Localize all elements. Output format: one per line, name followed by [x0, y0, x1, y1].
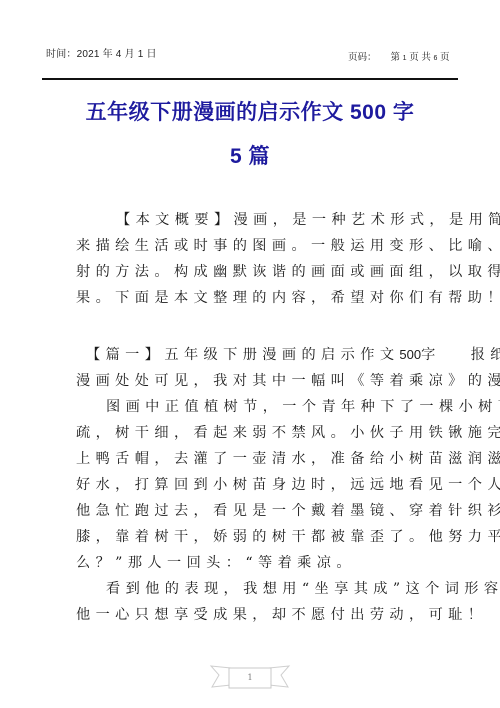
essay-heading-tail: 报纸、书本、网络、 — [471, 347, 500, 363]
header-page-info: 页码：第 1 页 共 6 页 — [348, 49, 450, 63]
page-current: 1 — [403, 55, 407, 62]
essay-line: 漫画处处可见，我对其中一幅叫《等着乘凉》的漫画印象颇深。 — [76, 368, 421, 394]
essay-line: 膝，靠着树干，娇弱的树干都被靠歪了。他努力平静下来：“你干什 — [76, 524, 421, 550]
page-number-ribbon: 1 — [205, 663, 295, 693]
document-title: 五年级下册漫画的启示作文 500 字 — [0, 96, 500, 126]
essay-line: 好水，打算回到小树苗身边时，远远地看见一个人在小树苗旁边。 — [76, 472, 421, 498]
essay-line: 上鸭舌帽，去灌了一壶清水，准备给小树苗滋润滋润身体。可他灌 — [76, 446, 421, 472]
page-total: 6 — [434, 55, 438, 62]
page-label: 页码： — [348, 52, 377, 63]
essay-heading: 【篇一】五年级下册漫画的启示作文500字报纸、书本、网络、 — [76, 342, 421, 368]
document-page: 时间：2021 年 4 月 1 日 页码：第 1 页 共 6 页 五年级下册漫画… — [0, 0, 500, 708]
essay-heading-num: 500 — [399, 347, 421, 362]
footer-page-number: 1 — [205, 673, 295, 682]
essay-heading-suffix: 字 — [421, 347, 441, 363]
summary-line: 【本文概要】漫画，是一种艺术形式，是用简单而夸张的手法 — [76, 207, 421, 233]
essay-heading-prefix: 【篇一】五年级下册漫画的启示作文 — [86, 347, 399, 363]
page-prefix: 第 — [391, 52, 401, 63]
essay-line: 他急忙跑过去，看见是一个戴着墨镜、穿着针织衫的人，他双手抱 — [76, 498, 421, 524]
essay-line: 看到他的表现，我想用“坐享其成”这个词形容他再合适不过了！ — [76, 576, 421, 602]
page-suffix: 页 — [440, 52, 450, 63]
header-date: 时间：2021 年 4 月 1 日 — [46, 45, 157, 60]
essay-line: 么？”那人一回头：“等着乘凉。 — [76, 550, 421, 576]
essay-line: 图画中正值植树节，一个青年种下了一棵小树苗，小树苗枝叶 — [76, 394, 421, 420]
summary-paragraph: 【本文概要】漫画，是一种艺术形式，是用简单而夸张的手法 来描绘生活或时事的图画。… — [76, 207, 421, 311]
summary-line: 果。下面是本文整理的内容，希望对你们有帮助！ — [76, 285, 421, 311]
document-title-line2: 5 篇 — [0, 140, 500, 170]
essay-line: 疏，树干细，看起来弱不禁风。小伙子用铁锹施完肥，挽起袖子戴 — [76, 420, 421, 446]
essay-section: 【篇一】五年级下册漫画的启示作文500字报纸、书本、网络、 漫画处处可见，我对其… — [76, 342, 421, 628]
essay-line: 他一心只想享受成果，却不愿付出劳动，可耻！ — [76, 602, 421, 628]
header-rule — [42, 78, 458, 80]
summary-line: 射的方法。构成幽默诙谐的画面或画面组，以取得讽刺或歌颂的效 — [76, 259, 421, 285]
summary-line: 来描绘生活或时事的图画。一般运用变形、比喻、象征、暗示、影 — [76, 233, 421, 259]
page-mid: 页 共 — [409, 52, 431, 63]
